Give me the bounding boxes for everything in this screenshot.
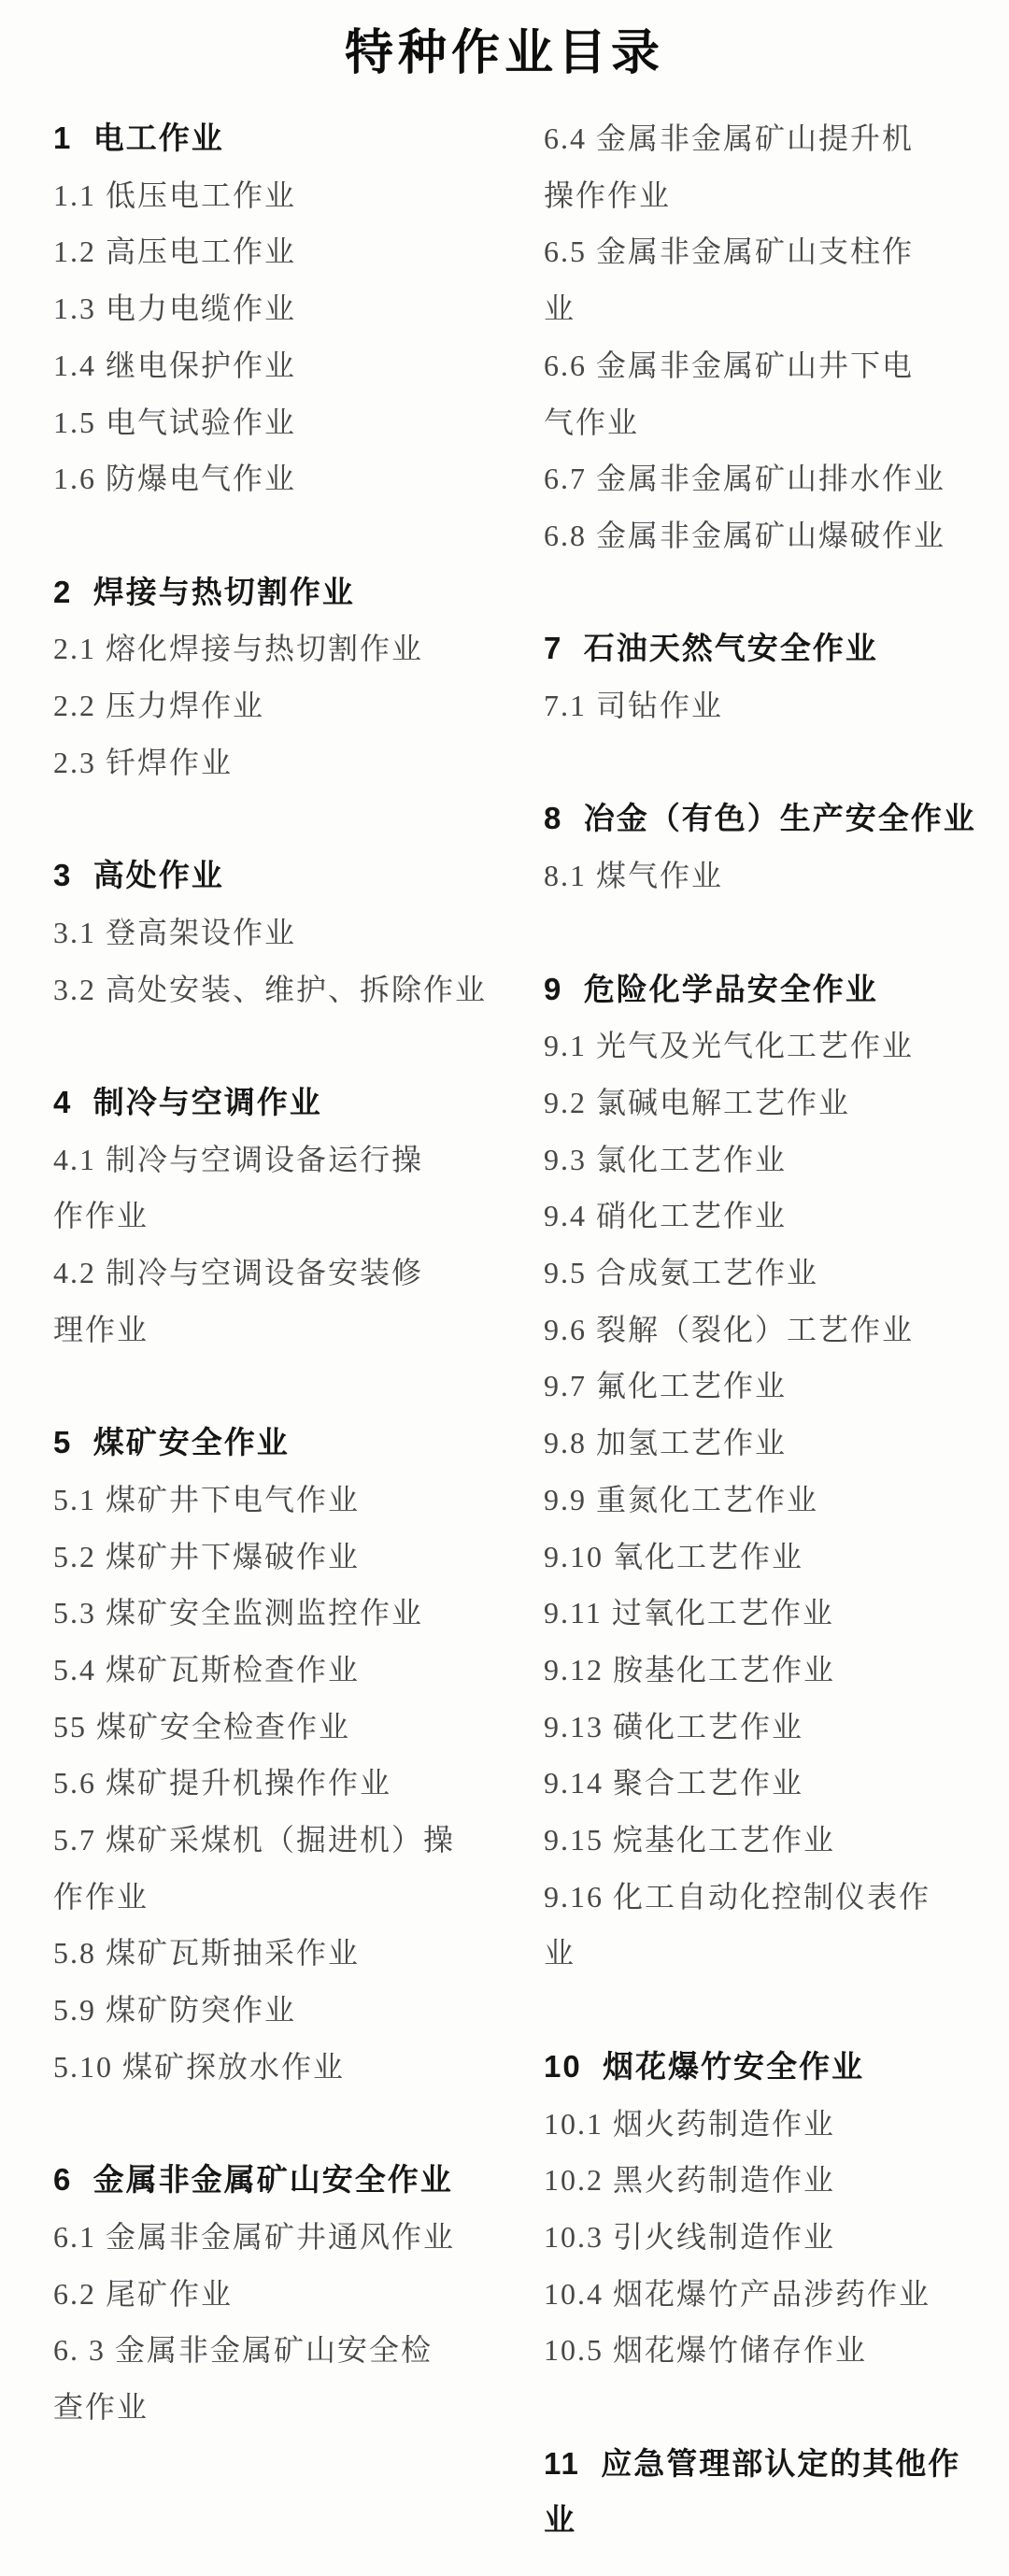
section-fireworks-safety: 10 烟花爆竹安全作业 10.1 烟火药制造作业 10.2 黑火药制造作业 10… xyxy=(544,2039,975,2379)
catalog-item: 6. 3 金属非金属矿山安全检 查作业 xyxy=(53,2322,485,2435)
page-title: 特种作业目录 xyxy=(0,26,1009,80)
section-header: 4 制冷与空调作业 xyxy=(53,1075,485,1131)
catalog-item: 9.16 化工自动化控制仪表作 业 xyxy=(544,1869,975,1982)
section-header: 8 冶金（有色）生产安全作业 xyxy=(544,790,975,847)
section-header: 11 应急管理部认定的其他作 业 xyxy=(544,2436,975,2549)
catalog-item: 7.1 司钻作业 xyxy=(544,677,975,734)
catalog-item: 9.3 氯化工艺作业 xyxy=(544,1131,975,1188)
catalog-item: 5.7 煤矿采煤机（掘进机）操 作作业 xyxy=(53,1812,485,1925)
section-header: 10 烟花爆竹安全作业 xyxy=(544,2039,975,2096)
catalog-item: 5.2 煤矿井下爆破作业 xyxy=(53,1529,485,1586)
right-column: 6.4 金属非金属矿山提升机 操作作业 6.5 金属非金属矿山支柱作 业 6.6… xyxy=(544,110,975,2549)
section-header: 9 危险化学品安全作业 xyxy=(544,961,975,1018)
catalog-item: 5.8 煤矿瓦斯抽采作业 xyxy=(53,1925,485,1982)
catalog-item: 9.14 聚合工艺作业 xyxy=(544,1755,975,1812)
section-work-at-height: 3 高处作业 3.1 登高架设作业 3.2 高处安装、维护、拆除作业 xyxy=(53,847,485,1018)
catalog-item: 10.4 烟花爆竹产品涉药作业 xyxy=(544,2266,975,2323)
catalog-item: 9.9 重氮化工艺作业 xyxy=(544,1472,975,1529)
catalog-item: 6.2 尾矿作业 xyxy=(53,2266,485,2323)
catalog-item: 9.10 氧化工艺作业 xyxy=(544,1529,975,1586)
catalog-item: 6.6 金属非金属矿山井下电 气作业 xyxy=(544,337,975,450)
section-refrigeration-ac: 4 制冷与空调作业 4.1 制冷与空调设备运行操 作作业 4.2 制冷与空调设备… xyxy=(53,1075,485,1359)
catalog-item: 9.5 合成氨工艺作业 xyxy=(544,1245,975,1302)
section-other-operations: 11 应急管理部认定的其他作 业 xyxy=(544,2436,975,2549)
catalog-item: 55 煤矿安全检查作业 xyxy=(53,1699,485,1756)
catalog-item: 8.1 煤气作业 xyxy=(544,847,975,904)
catalog-item: 3.2 高处安装、维护、拆除作业 xyxy=(53,961,485,1018)
catalog-item: 9.8 加氢工艺作业 xyxy=(544,1415,975,1472)
catalog-item: 5.6 煤矿提升机操作作业 xyxy=(53,1755,485,1812)
section-hazardous-chemicals: 9 危险化学品安全作业 9.1 光气及光气化工艺作业 9.2 氯碱电解工艺作业 … xyxy=(544,961,975,1983)
catalog-item: 9.15 烷基化工艺作业 xyxy=(544,1812,975,1869)
catalog-item: 3.1 登高架设作业 xyxy=(53,904,485,961)
catalog-item: 2.2 压力焊作业 xyxy=(53,677,485,734)
section-header: 6 金属非金属矿山安全作业 xyxy=(53,2152,485,2209)
section-coal-mine-safety: 5 煤矿安全作业 5.1 煤矿井下电气作业 5.2 煤矿井下爆破作业 5.3 煤… xyxy=(53,1415,485,2095)
document-page: 特种作业目录 1 电工作业 1.1 低压电工作业 1.2 高压电工作业 1.3 … xyxy=(0,0,1009,2549)
catalog-item: 5.3 煤矿安全监测监控作业 xyxy=(53,1585,485,1642)
catalog-item: 9.11 过氧化工艺作业 xyxy=(544,1585,975,1642)
catalog-item: 1.5 电气试验作业 xyxy=(53,394,485,451)
catalog-item: 6.8 金属非金属矿山爆破作业 xyxy=(544,507,975,564)
catalog-item: 9.7 氟化工艺作业 xyxy=(544,1358,975,1415)
catalog-item: 6.4 金属非金属矿山提升机 操作作业 xyxy=(544,110,975,223)
section-header: 5 煤矿安全作业 xyxy=(53,1415,485,1472)
catalog-item: 1.1 低压电工作业 xyxy=(53,167,485,224)
catalog-item: 10.2 黑火药制造作业 xyxy=(544,2152,975,2209)
section-electrician: 1 电工作业 1.1 低压电工作业 1.2 高压电工作业 1.3 电力电缆作业 … xyxy=(53,110,485,507)
catalog-item: 1.4 继电保护作业 xyxy=(53,337,485,394)
catalog-item: 6.5 金属非金属矿山支柱作 业 xyxy=(544,223,975,336)
catalog-item: 1.6 防爆电气作业 xyxy=(53,450,485,507)
catalog-item: 9.4 硝化工艺作业 xyxy=(544,1188,975,1245)
catalog-item: 5.10 煤矿探放水作业 xyxy=(53,2039,485,2096)
section-metal-nonmetal-mine-continued: 6.4 金属非金属矿山提升机 操作作业 6.5 金属非金属矿山支柱作 业 6.6… xyxy=(544,110,975,564)
catalog-item: 9.6 裂解（裂化）工艺作业 xyxy=(544,1302,975,1359)
section-header: 7 石油天然气安全作业 xyxy=(544,620,975,677)
section-metal-nonmetal-mine: 6 金属非金属矿山安全作业 6.1 金属非金属矿井通风作业 6.2 尾矿作业 6… xyxy=(53,2152,485,2436)
catalog-item: 10.1 烟火药制造作业 xyxy=(544,2096,975,2153)
section-welding: 2 焊接与热切割作业 2.1 熔化焊接与热切割作业 2.2 压力焊作业 2.3 … xyxy=(53,564,485,791)
catalog-item: 9.2 氯碱电解工艺作业 xyxy=(544,1075,975,1131)
catalog-item: 10.3 引火线制造作业 xyxy=(544,2209,975,2266)
catalog-item: 2.3 钎焊作业 xyxy=(53,734,485,791)
two-column-layout: 1 电工作业 1.1 低压电工作业 1.2 高压电工作业 1.3 电力电缆作业 … xyxy=(0,110,1009,2549)
section-header: 3 高处作业 xyxy=(53,847,485,904)
catalog-item: 6.7 金属非金属矿山排水作业 xyxy=(544,450,975,507)
section-metallurgy-safety: 8 冶金（有色）生产安全作业 8.1 煤气作业 xyxy=(544,790,975,904)
catalog-item: 2.1 熔化焊接与热切割作业 xyxy=(53,620,485,677)
catalog-item: 4.2 制冷与空调设备安装修 理作业 xyxy=(53,1245,485,1358)
catalog-item: 4.1 制冷与空调设备运行操 作作业 xyxy=(53,1131,485,1245)
catalog-item: 9.1 光气及光气化工艺作业 xyxy=(544,1018,975,1075)
section-header: 1 电工作业 xyxy=(53,110,485,167)
catalog-item: 6.1 金属非金属矿井通风作业 xyxy=(53,2209,485,2266)
catalog-item: 1.2 高压电工作业 xyxy=(53,223,485,280)
catalog-item: 9.12 胺基化工艺作业 xyxy=(544,1642,975,1699)
catalog-item: 9.13 磺化工艺作业 xyxy=(544,1699,975,1756)
section-header: 2 焊接与热切割作业 xyxy=(53,564,485,621)
catalog-item: 5.4 煤矿瓦斯检查作业 xyxy=(53,1642,485,1699)
catalog-item: 10.5 烟花爆竹储存作业 xyxy=(544,2322,975,2379)
section-oil-gas-safety: 7 石油天然气安全作业 7.1 司钻作业 xyxy=(544,620,975,733)
catalog-item: 1.3 电力电缆作业 xyxy=(53,280,485,337)
catalog-item: 5.9 煤矿防突作业 xyxy=(53,1982,485,2039)
left-column: 1 电工作业 1.1 低压电工作业 1.2 高压电工作业 1.3 电力电缆作业 … xyxy=(53,110,485,2549)
catalog-item: 5.1 煤矿井下电气作业 xyxy=(53,1472,485,1529)
